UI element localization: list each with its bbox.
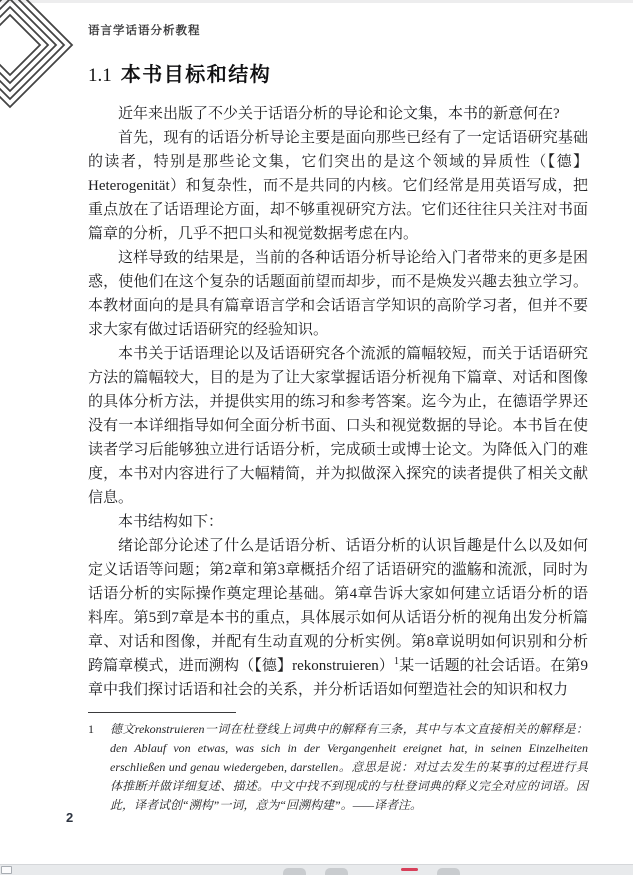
footnote-number: 1 bbox=[88, 720, 94, 739]
body-paragraph: 绪论部分论述了什么是话语分析、话语分析的认识旨趣是什么以及如何定义话语等问题；第… bbox=[88, 534, 588, 702]
book-page-screen: 语言学话语分析教程 1.1本书目标和结构 近年来出版了不少关于话语分析的导论和论… bbox=[0, 0, 633, 875]
body-paragraph: 首先，现有的话语分析导论主要是面向那些已经有了一定话语研究基础的读者，特别是那些… bbox=[88, 126, 588, 246]
section-title: 本书目标和结构 bbox=[121, 64, 272, 86]
body-paragraph: 近年来出版了不少关于话语分析的导论和论文集，本书的新意何在? bbox=[88, 102, 588, 126]
body-paragraph: 这样导致的结果是，当前的各种话语分析导论给入门者带来的更多是困惑，使他们在这个复… bbox=[88, 246, 588, 342]
taskbar-active-indicator[interactable] bbox=[401, 868, 418, 871]
body-paragraph: 本书关于话语理论以及话语研究各个流派的篇幅较短，而关于话语研究方法的篇幅较大，目… bbox=[88, 342, 588, 510]
taskbar-strip bbox=[0, 864, 633, 875]
section-heading: 1.1本书目标和结构 bbox=[88, 62, 588, 90]
taskbar-item[interactable] bbox=[283, 868, 306, 875]
window-corner-icon[interactable] bbox=[1, 866, 12, 874]
taskbar-item[interactable] bbox=[325, 868, 348, 875]
body-paragraph: 本书结构如下： bbox=[88, 510, 588, 534]
page-content: 语言学话语分析教程 1.1本书目标和结构 近年来出版了不少关于话语分析的导论和论… bbox=[88, 0, 588, 815]
footnote: 1德文rekonstruieren一词在杜登线上词典中的解释有三条，其中与本文直… bbox=[88, 720, 588, 815]
footnote-text: 德文rekonstruieren一词在杜登线上词典中的解释有三条，其中与本文直接… bbox=[110, 722, 588, 812]
running-header: 语言学话语分析教程 bbox=[88, 22, 588, 38]
taskbar-item[interactable] bbox=[437, 868, 460, 875]
footnote-separator bbox=[88, 712, 236, 713]
nested-diamonds-logo-icon bbox=[0, 0, 88, 126]
body-text: 近年来出版了不少关于话语分析的导论和论文集，本书的新意何在? 首先，现有的话语分… bbox=[88, 102, 588, 702]
page-number: 2 bbox=[66, 810, 73, 825]
section-number: 1.1 bbox=[88, 65, 112, 86]
paragraph-text: 绪论部分论述了什么是话语分析、话语分析的认识旨趣是什么以及如何定义话语等问题；第… bbox=[88, 538, 588, 674]
